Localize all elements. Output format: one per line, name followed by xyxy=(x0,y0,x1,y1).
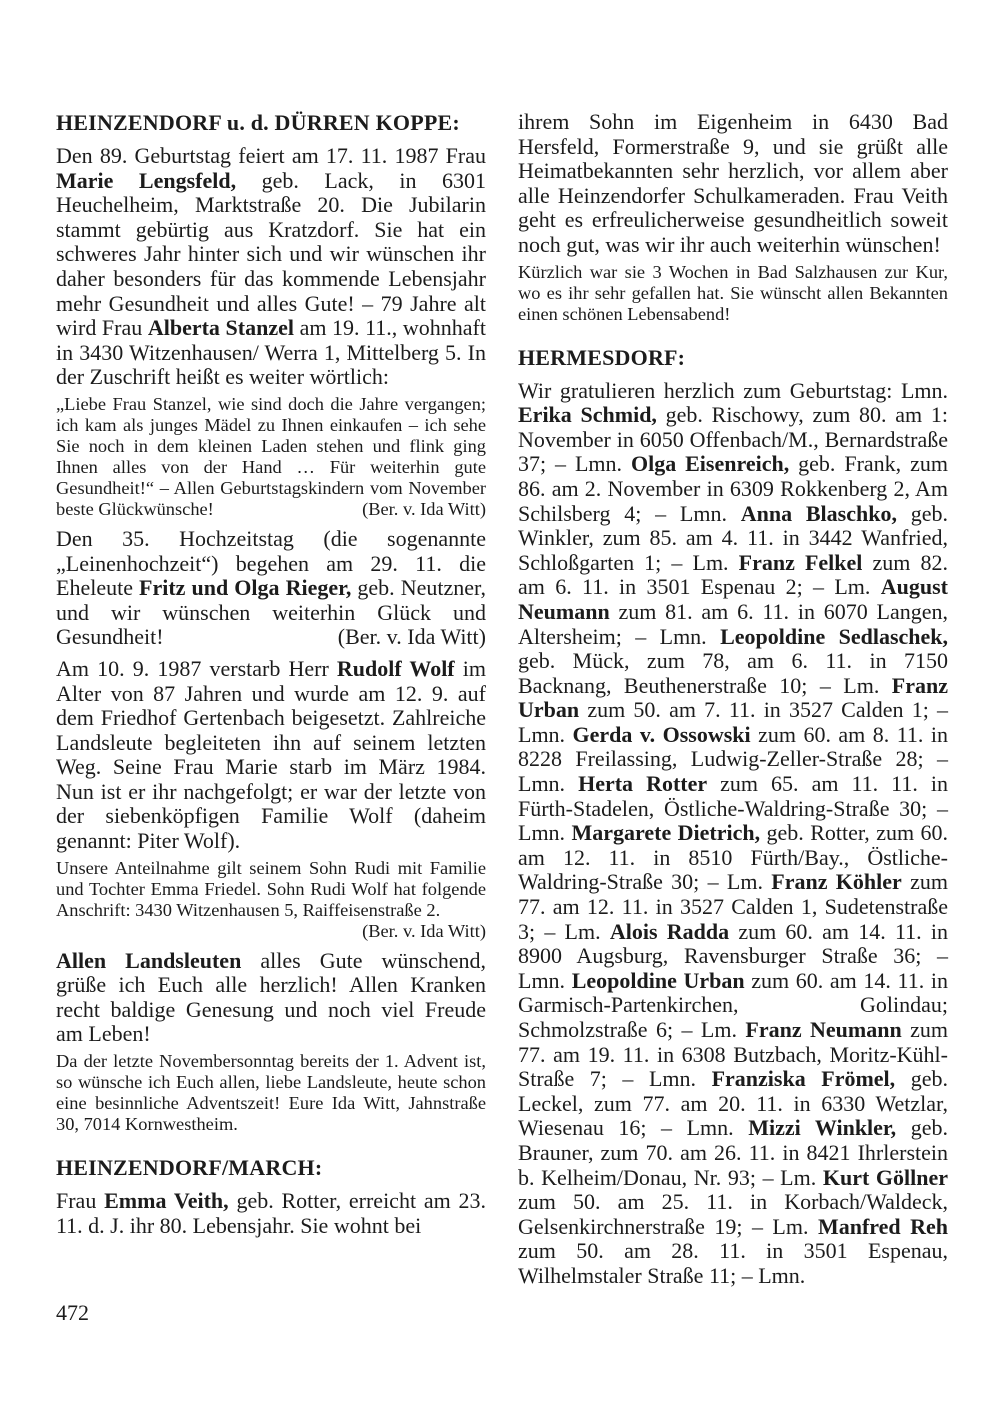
section-heading: HEINZENDORF/MARCH: xyxy=(56,1155,486,1181)
bold-name: Leopoldine Sedlaschek, xyxy=(720,624,948,649)
author-signature: (Ber. v. Ida Witt) xyxy=(362,921,486,942)
paragraph: Am 10. 9. 1987 verstarb Herr Rudolf Wolf… xyxy=(56,657,486,854)
author-signature: (Ber. v. Ida Witt) xyxy=(338,625,486,650)
bold-name: Alois Radda xyxy=(610,919,729,944)
text-segment: Frau xyxy=(56,1188,104,1213)
bold-name: Olga Eisenreich, xyxy=(631,451,789,476)
section-spacer xyxy=(56,1135,486,1155)
text-segment: Unsere Anteilnahme gilt seinem Sohn Rudi… xyxy=(56,858,486,920)
bold-name: Rudolf Wolf xyxy=(337,656,455,681)
paragraph: Kürzlich war sie 3 Wochen in Bad Salzhau… xyxy=(518,262,948,325)
text-segment: zum 50. am 28. 11. in 3501 Espenau, Wilh… xyxy=(518,1238,948,1288)
magazine-page: HEINZENDORF u. d. DÜRREN KOPPE:Den 89. G… xyxy=(0,0,1000,1413)
bold-name: Fritz und Olga Rieger, xyxy=(139,575,351,600)
text-segment: geb. Mück, zum 78, am 6. 11. in 7150 Bac… xyxy=(518,648,948,698)
paragraph: Frau Emma Veith, geb. Rotter, erreicht a… xyxy=(56,1189,486,1238)
paragraph: Wir gratulieren herzlich zum Geburtstag:… xyxy=(518,379,948,1289)
bold-name: Mizzi Winkler, xyxy=(748,1115,896,1140)
paragraph: „Liebe Frau Stanzel, wie sind doch die J… xyxy=(56,394,486,520)
bold-name: Franziska Frömel, xyxy=(712,1066,896,1091)
bold-name: Kurt Göllner xyxy=(823,1165,948,1190)
text-segment: im Alter von 87 Jahren und wurde am 12. … xyxy=(56,656,486,853)
left-column: HEINZENDORF u. d. DÜRREN KOPPE:Den 89. G… xyxy=(56,110,486,1238)
text-segment: Am 10. 9. 1987 verstarb Herr xyxy=(56,656,337,681)
paragraph: Den 35. Hochzeitstag (die sogenannte „Le… xyxy=(56,527,486,650)
text-segment: ihrem Sohn im Eigenheim in 6430 Bad Hers… xyxy=(518,109,948,257)
bold-name: Franz Felkel xyxy=(739,550,863,575)
bold-name: Erika Schmid, xyxy=(518,402,657,427)
bold-name: Manfred Reh xyxy=(818,1214,948,1239)
page-number: 472 xyxy=(56,1300,89,1326)
bold-name: Emma Veith, xyxy=(104,1188,229,1213)
paragraph: Den 89. Geburtstag feiert am 17. 11. 198… xyxy=(56,144,486,390)
section-spacer xyxy=(518,325,948,345)
bold-name: Franz Neumann xyxy=(745,1017,901,1042)
section-heading: HERMESDORF: xyxy=(518,345,948,371)
text-segment: Da der letzte Novembersonntag bereits de… xyxy=(56,1051,486,1134)
bold-name: Allen Landsleuten xyxy=(56,948,241,973)
section-heading: HEINZENDORF u. d. DÜRREN KOPPE: xyxy=(56,110,486,136)
bold-name: Franz Köhler xyxy=(771,869,902,894)
bold-name: Margarete Dietrich, xyxy=(571,820,760,845)
paragraph: ihrem Sohn im Eigenheim in 6430 Bad Hers… xyxy=(518,110,948,258)
bold-name: Leopoldine Urban xyxy=(572,968,745,993)
bold-name: Marie Lengsfeld, xyxy=(56,168,236,193)
paragraph: Unsere Anteilnahme gilt seinem Sohn Rudi… xyxy=(56,858,486,942)
bold-name: Alberta Stanzel xyxy=(148,315,294,340)
paragraph: Da der letzte Novembersonntag bereits de… xyxy=(56,1051,486,1135)
author-signature: (Ber. v. Ida Witt) xyxy=(362,499,486,520)
paragraph: Allen Landsleuten alles Gute wünschend, … xyxy=(56,949,486,1047)
text-segment: Den 89. Geburtstag feiert am 17. 11. 198… xyxy=(56,143,486,168)
text-segment: Kürzlich war sie 3 Wochen in Bad Salzhau… xyxy=(518,262,948,324)
text-segment: Wir gratulieren herzlich zum Geburtstag:… xyxy=(518,378,948,403)
bold-name: Herta Rotter xyxy=(578,771,707,796)
bold-name: Gerda v. Ossowski xyxy=(573,722,751,747)
bold-name: Anna Blaschko, xyxy=(741,501,897,526)
right-column: ihrem Sohn im Eigenheim in 6430 Bad Hers… xyxy=(518,110,948,1289)
